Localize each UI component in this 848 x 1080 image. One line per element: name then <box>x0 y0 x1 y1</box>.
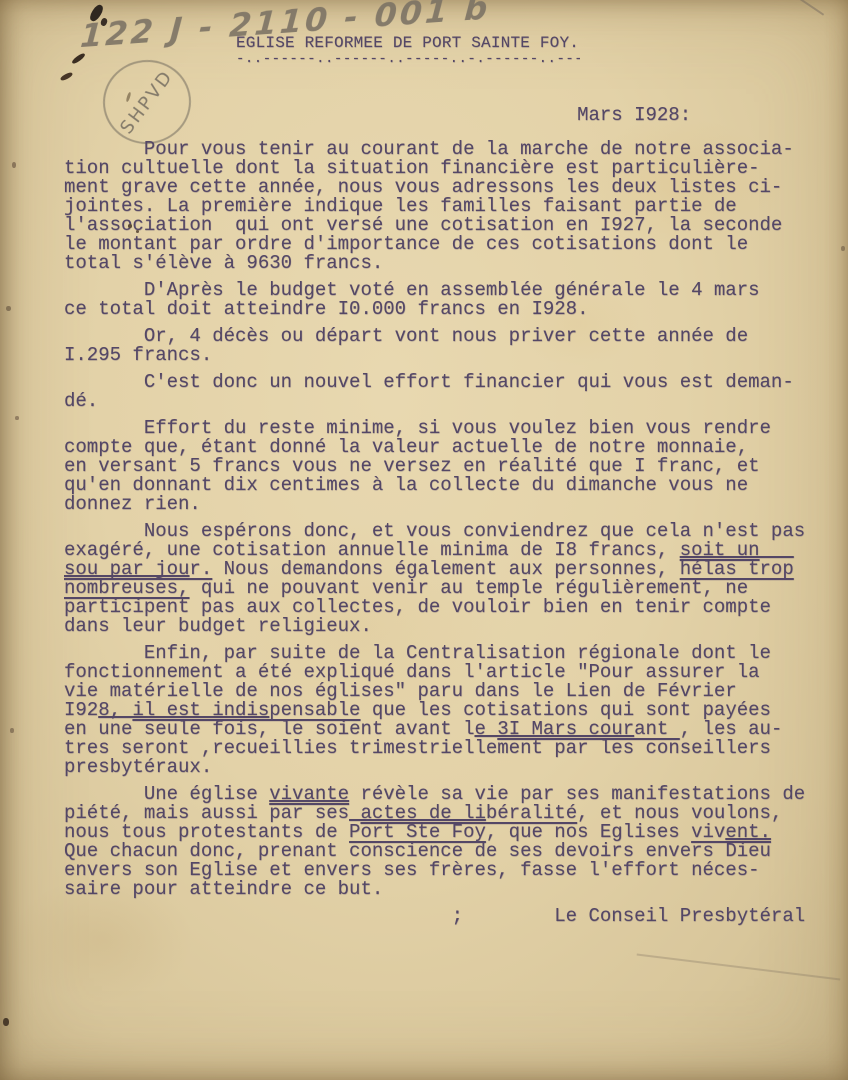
scanned-letter-page: 122 J - 2110 - 001 b SHPVD EGLISE REFORM… <box>0 0 848 1080</box>
paper-speck <box>15 416 19 420</box>
typed-text: Le Conseil Presbytéral <box>554 905 805 927</box>
paragraph-5: Effort du reste minime, si vous voulez b… <box>64 419 800 514</box>
typed-text: saire pour atteindre ce but. <box>64 878 383 900</box>
title-dashed-rule: -..------..------..-----..-.------..----… <box>236 52 580 68</box>
typed-line: ce total doit atteindre I0.000 francs en… <box>64 300 800 319</box>
paper-scratch <box>637 954 841 981</box>
paragraph-2: D'Après le budget voté en assemblée géné… <box>64 281 800 319</box>
typed-line: ; Le Conseil Presbytéral <box>64 907 800 926</box>
typed-text: ce total doit atteindre I0.000 francs en… <box>64 298 589 320</box>
typed-line: I.295 francs. <box>64 346 800 365</box>
ink-speck <box>71 52 86 65</box>
paper-speck <box>12 162 16 168</box>
typed-text: Mars I928: <box>64 104 691 126</box>
letter-title: EGLISE REFORMEE DE PORT SAINTE FOY. <box>236 33 579 53</box>
typed-text: I.295 francs. <box>64 344 212 366</box>
typed-text: C'est donc un nouvel effort financier qu… <box>64 371 794 393</box>
typed-line: C'est donc un nouvel effort financier qu… <box>64 373 800 392</box>
ink-speck <box>128 224 132 228</box>
typed-line: donnez rien. <box>64 495 800 514</box>
ink-speck <box>60 71 74 82</box>
typed-text: conseillers <box>634 737 771 759</box>
ink-speck <box>136 230 139 233</box>
date-line: Mars I928: <box>64 106 800 125</box>
typed-line: dans leur budget religieux. <box>64 617 800 636</box>
typed-line: Mars I928: <box>64 106 800 125</box>
typed-text: presbytéraux. <box>64 756 212 778</box>
typed-text: total s'élève à 9630 francs. <box>64 252 383 274</box>
paragraph-4: C'est donc un nouvel effort financier qu… <box>64 373 800 411</box>
typed-line: dé. <box>64 392 800 411</box>
typed-line: saire pour atteindre ce but. <box>64 880 800 899</box>
typed-body: Mars I928: Pour vous tenir au courant de… <box>64 106 800 934</box>
typed-text: dé. <box>64 390 98 412</box>
paper-speck <box>841 246 845 251</box>
paragraph-6: Nous espérons donc, et vous conviendrez … <box>64 522 800 636</box>
typed-line: presbytéraux. <box>64 758 800 777</box>
typed-text: donnez rien. <box>64 493 201 515</box>
typed-text: dans leur budget religieux. <box>64 615 372 637</box>
signature-line: ; Le Conseil Presbytéral <box>64 907 800 926</box>
paragraph-7: Enfin, par suite de la Centralisation ré… <box>64 644 800 777</box>
paragraph-1: Pour vous tenir au courant de la marche … <box>64 140 800 273</box>
paragraph-8: Une église vivante révèle sa vie par ses… <box>64 785 800 899</box>
typed-text: ; <box>64 905 554 927</box>
pencil-tick <box>800 0 824 16</box>
typed-text: lement par les <box>474 737 634 759</box>
paper-speck <box>10 728 14 733</box>
paragraph-3: Or, 4 décès ou départ vont nous priver c… <box>64 327 800 365</box>
paper-speck <box>3 1018 9 1026</box>
typed-line: total s'élève à 9630 francs. <box>64 254 800 273</box>
paper-speck <box>6 306 11 311</box>
